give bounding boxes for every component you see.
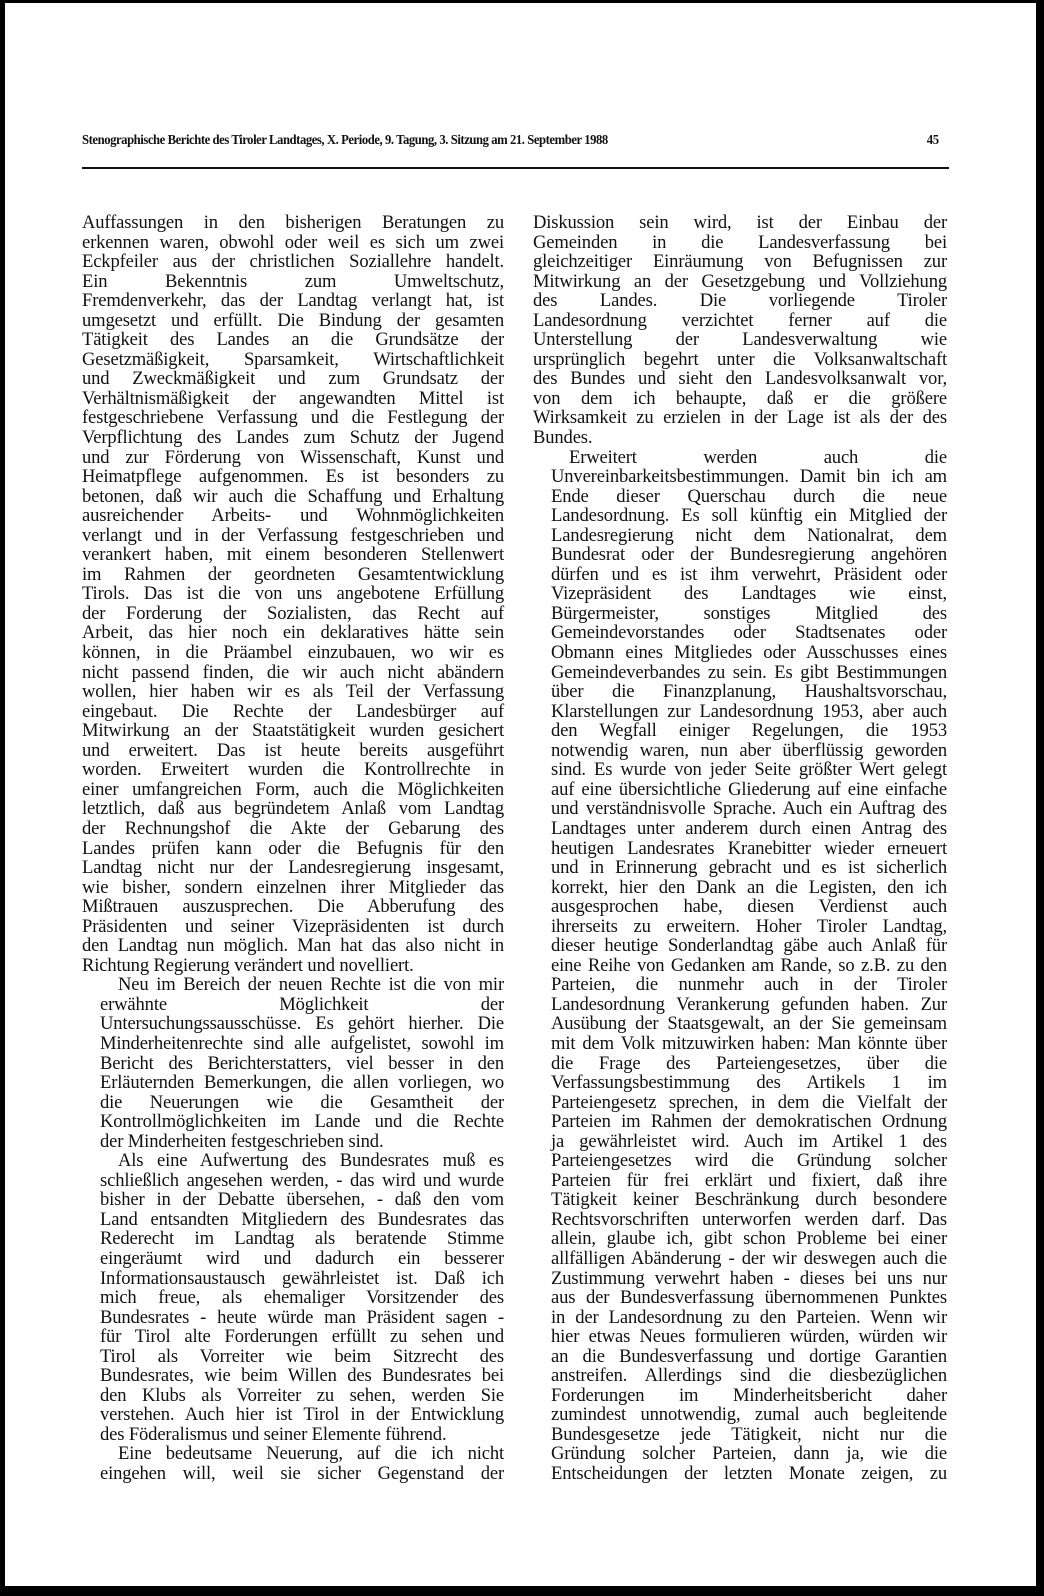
text-line: Rederecht im Landtag als beratende Stimm…: [82, 1229, 504, 1249]
text-line: im Rahmen der geordneten Gesamtentwicklu…: [82, 565, 504, 585]
text-line: verlangt und in der Verfassung festgesch…: [82, 526, 504, 546]
text-line: Als eine Aufwertung des Bundesrates muß …: [82, 1151, 504, 1171]
text-line: der Forderung der Sozialisten, das Recht…: [82, 604, 504, 624]
text-line: allein, glaube ich, gibt schon Probleme …: [533, 1229, 947, 1249]
text-line: Präsidenten und seiner Vizepräsidenten i…: [82, 917, 504, 937]
text-line: bisher in der Debatte übersehen, - daß d…: [82, 1190, 504, 1210]
text-line: Landes prüfen kann oder die Befugnis für…: [82, 839, 504, 859]
text-line: ausgesprochen habe, diesen Verdienst auc…: [533, 897, 947, 917]
text-line: Landesordnung. Es soll künftig ein Mitgl…: [533, 506, 947, 526]
paragraph: Neu im Bereich der neuen Rechte ist die …: [82, 975, 504, 1151]
text-line: an die Bundesverfassung und dortige Gara…: [533, 1347, 947, 1367]
text-line: Ende dieser Querschau durch die neue: [533, 487, 947, 507]
text-line: sind. Es wurde von jeder Seite größter W…: [533, 760, 947, 780]
text-line: Parteien im Rahmen der demokratischen Or…: [533, 1112, 947, 1132]
text-line: Heimatpflege aufgenommen. Es ist besonde…: [82, 467, 504, 487]
text-line: Gemeindevorstandes oder Stadtsenates ode…: [533, 623, 947, 643]
text-line: heutigen Landesrates Kranebitter wieder …: [533, 839, 947, 859]
text-line: eingeräumt wird und dadurch ein besserer: [82, 1249, 504, 1269]
text-line: den Klubs als Vorreiter zu sehen, werden…: [82, 1386, 504, 1406]
text-line: Richtung Regierung verändert und novelli…: [82, 956, 504, 976]
page-number: 45: [927, 132, 939, 148]
text-line: Verpflichtung des Landes zum Schutz der …: [82, 428, 504, 448]
text-line: einer umfangreichen Form, auch die Mögli…: [82, 780, 504, 800]
text-line: eingehen will, weil sie sicher Gegenstan…: [82, 1464, 504, 1484]
text-line: Mitwirkung an der Staatstätigkeit wurden…: [82, 721, 504, 741]
text-line: Landtages unter anderem durch einen Antr…: [533, 819, 947, 839]
paragraph: Auffassungen in den bisherigen Beratunge…: [82, 213, 504, 975]
text-line: korrekt, hier den Dank an die Legisten, …: [533, 878, 947, 898]
text-line: Parteiengesetz sprechen, in dem die Viel…: [533, 1093, 947, 1113]
text-line: Neu im Bereich der neuen Rechte ist die …: [82, 975, 504, 995]
text-line: Parteiengesetzes wird die Gründung solch…: [533, 1151, 947, 1171]
text-line: Obmann eines Mitgliedes oder Ausschusses…: [533, 643, 947, 663]
text-line: und zur Förderung von Wissenschaft, Kuns…: [82, 448, 504, 468]
text-line: anstreifen. Allerdings sind die diesbezü…: [533, 1366, 947, 1386]
text-line: Verhältnismäßigkeit der angewandten Mitt…: [82, 389, 504, 409]
text-line: Erweitert werden auch die: [533, 448, 947, 468]
text-line: aus der Bundesverfassung übernommenen Pu…: [533, 1288, 947, 1308]
text-line: allfälligen Abänderung - der wir deswege…: [533, 1249, 947, 1269]
text-line: Informationsaustausch gewährleistet ist.…: [82, 1269, 504, 1289]
text-line: notwendig waren, nun aber überflüssig ge…: [533, 741, 947, 761]
text-line: ursprünglich begehrt unter die Volksanwa…: [533, 350, 947, 370]
text-line: Unterstellung der Landesverwaltung wie: [533, 330, 947, 350]
text-line: können, in die Präambel einzubauen, wo w…: [82, 643, 504, 663]
text-line: Tätigkeit des Landes an die Grundsätze d…: [82, 330, 504, 350]
text-line: ausreichender Arbeits- und Wohnmöglichke…: [82, 506, 504, 526]
text-line: umgesetzt und erfüllt. Die Bindung der g…: [82, 311, 504, 331]
text-line: Landesordnung Verankerung gefunden haben…: [533, 995, 947, 1015]
text-line: zumindest unnotwendig, zumal auch beglei…: [533, 1405, 947, 1425]
text-line: die Neuerungen wie die Gesamtheit der: [82, 1093, 504, 1113]
text-line: gleichzeitiger Einräumung von Befugnisse…: [533, 252, 947, 272]
text-line: Forderungen im Minderheitsbericht daher: [533, 1386, 947, 1406]
text-line: der Minderheiten festgeschrieben sind.: [82, 1132, 504, 1152]
text-line: Wirksamkeit zu erzielen in der Lage ist …: [533, 408, 947, 428]
text-line: festgeschriebene Verfassung und die Fest…: [82, 408, 504, 428]
text-line: des Bundes und sieht den Landesvolksanwa…: [533, 369, 947, 389]
paragraph: Als eine Aufwertung des Bundesrates muß …: [82, 1151, 504, 1444]
text-line: Gesetzmäßigkeit, Sparsamkeit, Wirtschaft…: [82, 350, 504, 370]
text-line: des Föderalismus und seiner Elemente füh…: [82, 1425, 504, 1445]
text-line: und verständnisvolle Sprache. Auch ein A…: [533, 799, 947, 819]
paragraph: Diskussion sein wird, ist der Einbau der…: [533, 213, 947, 448]
text-line: mich freue, als ehemaliger Vorsitzender …: [82, 1288, 504, 1308]
text-line: Eine bedeutsame Neuerung, auf die ich ni…: [82, 1444, 504, 1464]
text-line: Tirols. Das ist die von uns angebotene E…: [82, 584, 504, 604]
text-line: Bundesgesetze jede Tätigkeit, nicht nur …: [533, 1425, 947, 1445]
text-line: Bundesrates - heute würde man Präsident …: [82, 1308, 504, 1328]
text-line: verstehen. Auch hier ist Tirol in der En…: [82, 1405, 504, 1425]
text-line: hier etwas Neues formulieren würden, wür…: [533, 1327, 947, 1347]
text-line: Vizepräsident des Landtages wie einst,: [533, 584, 947, 604]
text-line: Ausübung der Staatsgewalt, an der Sie ge…: [533, 1014, 947, 1034]
paragraph: Erweitert werden auch dieUnvereinbarkeit…: [533, 448, 947, 1484]
text-line: Klarstellungen zur Landesordnung 1953, a…: [533, 702, 947, 722]
text-line: Kontrollmöglichkeiten im Lande und die R…: [82, 1112, 504, 1132]
text-line: Fremdenverkehr, das der Landtag verlangt…: [82, 291, 504, 311]
text-line: eingebaut. Die Rechte der Landesbürger a…: [82, 702, 504, 722]
text-line: die Frage des Parteiengesetzes, über die: [533, 1054, 947, 1074]
text-line: worden. Erweitert wurden die Kontrollrec…: [82, 760, 504, 780]
paragraph: Eine bedeutsame Neuerung, auf die ich ni…: [82, 1444, 504, 1483]
left-column: Auffassungen in den bisherigen Beratunge…: [82, 213, 504, 1484]
text-line: Parteien für frei erklärt und fixiert, d…: [533, 1171, 947, 1191]
text-line: Gemeindeverbandes zu sein. Es gibt Besti…: [533, 663, 947, 683]
text-line: Rechtsvorschriften unterworfen werden da…: [533, 1210, 947, 1230]
header-title: Stenographische Berichte des Tiroler Lan…: [82, 132, 608, 148]
text-line: Landesregierung nicht dem Nationalrat, d…: [533, 526, 947, 546]
text-line: und Zweckmäßigkeit und zum Grundsatz der: [82, 369, 504, 389]
text-line: Ein Bekenntnis zum Umweltschutz,: [82, 272, 504, 292]
text-line: Eckpfeiler aus der christlichen Sozialle…: [82, 252, 504, 272]
text-line: Landtag nicht nur der Landesregierung in…: [82, 858, 504, 878]
text-line: über die Finanzplanung, Haushaltsvorscha…: [533, 682, 947, 702]
text-line: Tätigkeit keiner Beschränkung durch beso…: [533, 1190, 947, 1210]
text-line: Mitwirkung an der Gesetzgebung und Vollz…: [533, 272, 947, 292]
text-line: betonen, daß wir auch die Schaffung und …: [82, 487, 504, 507]
text-line: Diskussion sein wird, ist der Einbau der: [533, 213, 947, 233]
text-line: schließlich angesehen werden, - das wird…: [82, 1171, 504, 1191]
text-line: in der Landesordnung zu den Parteien. We…: [533, 1308, 947, 1328]
text-line: Tirol als Vorreiter wie beim Sitzrecht d…: [82, 1347, 504, 1367]
text-line: Verfassungsbestimmung des Artikels 1 im: [533, 1073, 947, 1093]
text-line: Bürgermeister, sonstiges Mitglied des: [533, 604, 947, 624]
text-line: auf eine übersichtliche Gliederung auf e…: [533, 780, 947, 800]
right-column: Diskussion sein wird, ist der Einbau der…: [533, 213, 947, 1484]
text-line: Entscheidungen der letzten Monate zeigen…: [533, 1464, 947, 1484]
text-line: Erläuternden Bemerkungen, die allen vorl…: [82, 1073, 504, 1093]
text-line: Untersuchungssausschüsse. Es gehört hier…: [82, 1014, 504, 1034]
text-line: Bundesrates, wie beim Willen des Bundesr…: [82, 1366, 504, 1386]
text-line: Arbeit, das hier noch ein deklaratives h…: [82, 623, 504, 643]
text-line: dieser heutige Sonderlandtag gäbe auch A…: [533, 936, 947, 956]
text-line: Minderheitenrechte sind alle aufgelistet…: [82, 1034, 504, 1054]
text-line: verankert haben, mit einem besonderen St…: [82, 545, 504, 565]
text-line: Bundesrat oder der Bundesregierung angeh…: [533, 545, 947, 565]
text-line: Bundes.: [533, 428, 947, 448]
text-line: von dem ich behaupte, daß er die größere: [533, 389, 947, 409]
text-line: Parteien, die nunmehr auch in der Tirole…: [533, 975, 947, 995]
text-line: Unvereinbarkeitsbestimmungen. Damit bin …: [533, 467, 947, 487]
text-line: eine Reihe von Gedanken am Rande, so z.B…: [533, 956, 947, 976]
text-line: Gemeinden in die Landesverfassung bei: [533, 233, 947, 253]
text-line: Auffassungen in den bisherigen Beratunge…: [82, 213, 504, 233]
text-line: der Rechnungshof die Akte der Gebarung d…: [82, 819, 504, 839]
header-rule: [82, 167, 949, 169]
text-line: Land entsandten Mitgliedern des Bundesra…: [82, 1210, 504, 1230]
text-line: den Wegfall einiger Regelungen, die 1953: [533, 721, 947, 741]
text-line: erkennen waren, obwohl oder weil es sich…: [82, 233, 504, 253]
text-line: für Tirol alte Forderungen erfüllt zu se…: [82, 1327, 504, 1347]
text-line: mit dem Volk mitzuwirken haben: Man könn…: [533, 1034, 947, 1054]
text-line: und erweitert. Das ist heute bereits aus…: [82, 741, 504, 761]
text-line: Zustimmung verwehrt haben - dieses bei u…: [533, 1269, 947, 1289]
text-line: nicht passend finden, die wir auch nicht…: [82, 663, 504, 683]
text-line: Gründung solcher Parteien, dann ja, wie …: [533, 1444, 947, 1464]
text-line: dürfen und es ist ihm verwehrt, Präsiden…: [533, 565, 947, 585]
text-line: ihrerseits zu erweitern. Hoher Tiroler L…: [533, 917, 947, 937]
text-line: Bericht des Berichterstatters, viel bess…: [82, 1054, 504, 1074]
text-line: letztlich, daß aus begründetem Anlaß vom…: [82, 799, 504, 819]
text-line: des Landes. Die vorliegende Tiroler: [533, 291, 947, 311]
text-line: und in Erinnerung gebracht und es ist si…: [533, 858, 947, 878]
text-line: erwähnte Möglichkeit der: [82, 995, 504, 1015]
document-page: Stenographische Berichte des Tiroler Lan…: [5, 3, 1036, 1586]
text-line: den Landtag nun möglich. Man hat das als…: [82, 936, 504, 956]
text-line: wollen, hier haben wir es als Teil der V…: [82, 682, 504, 702]
text-line: Landesordnung verzichtet ferner auf die: [533, 311, 947, 331]
text-line: ja gewährleistet wird. Auch im Artikel 1…: [533, 1132, 947, 1152]
text-line: Mißtrauen auszusprechen. Die Abberufung …: [82, 897, 504, 917]
text-line: wie bisher, sondern einzelnen ihrer Mitg…: [82, 878, 504, 898]
